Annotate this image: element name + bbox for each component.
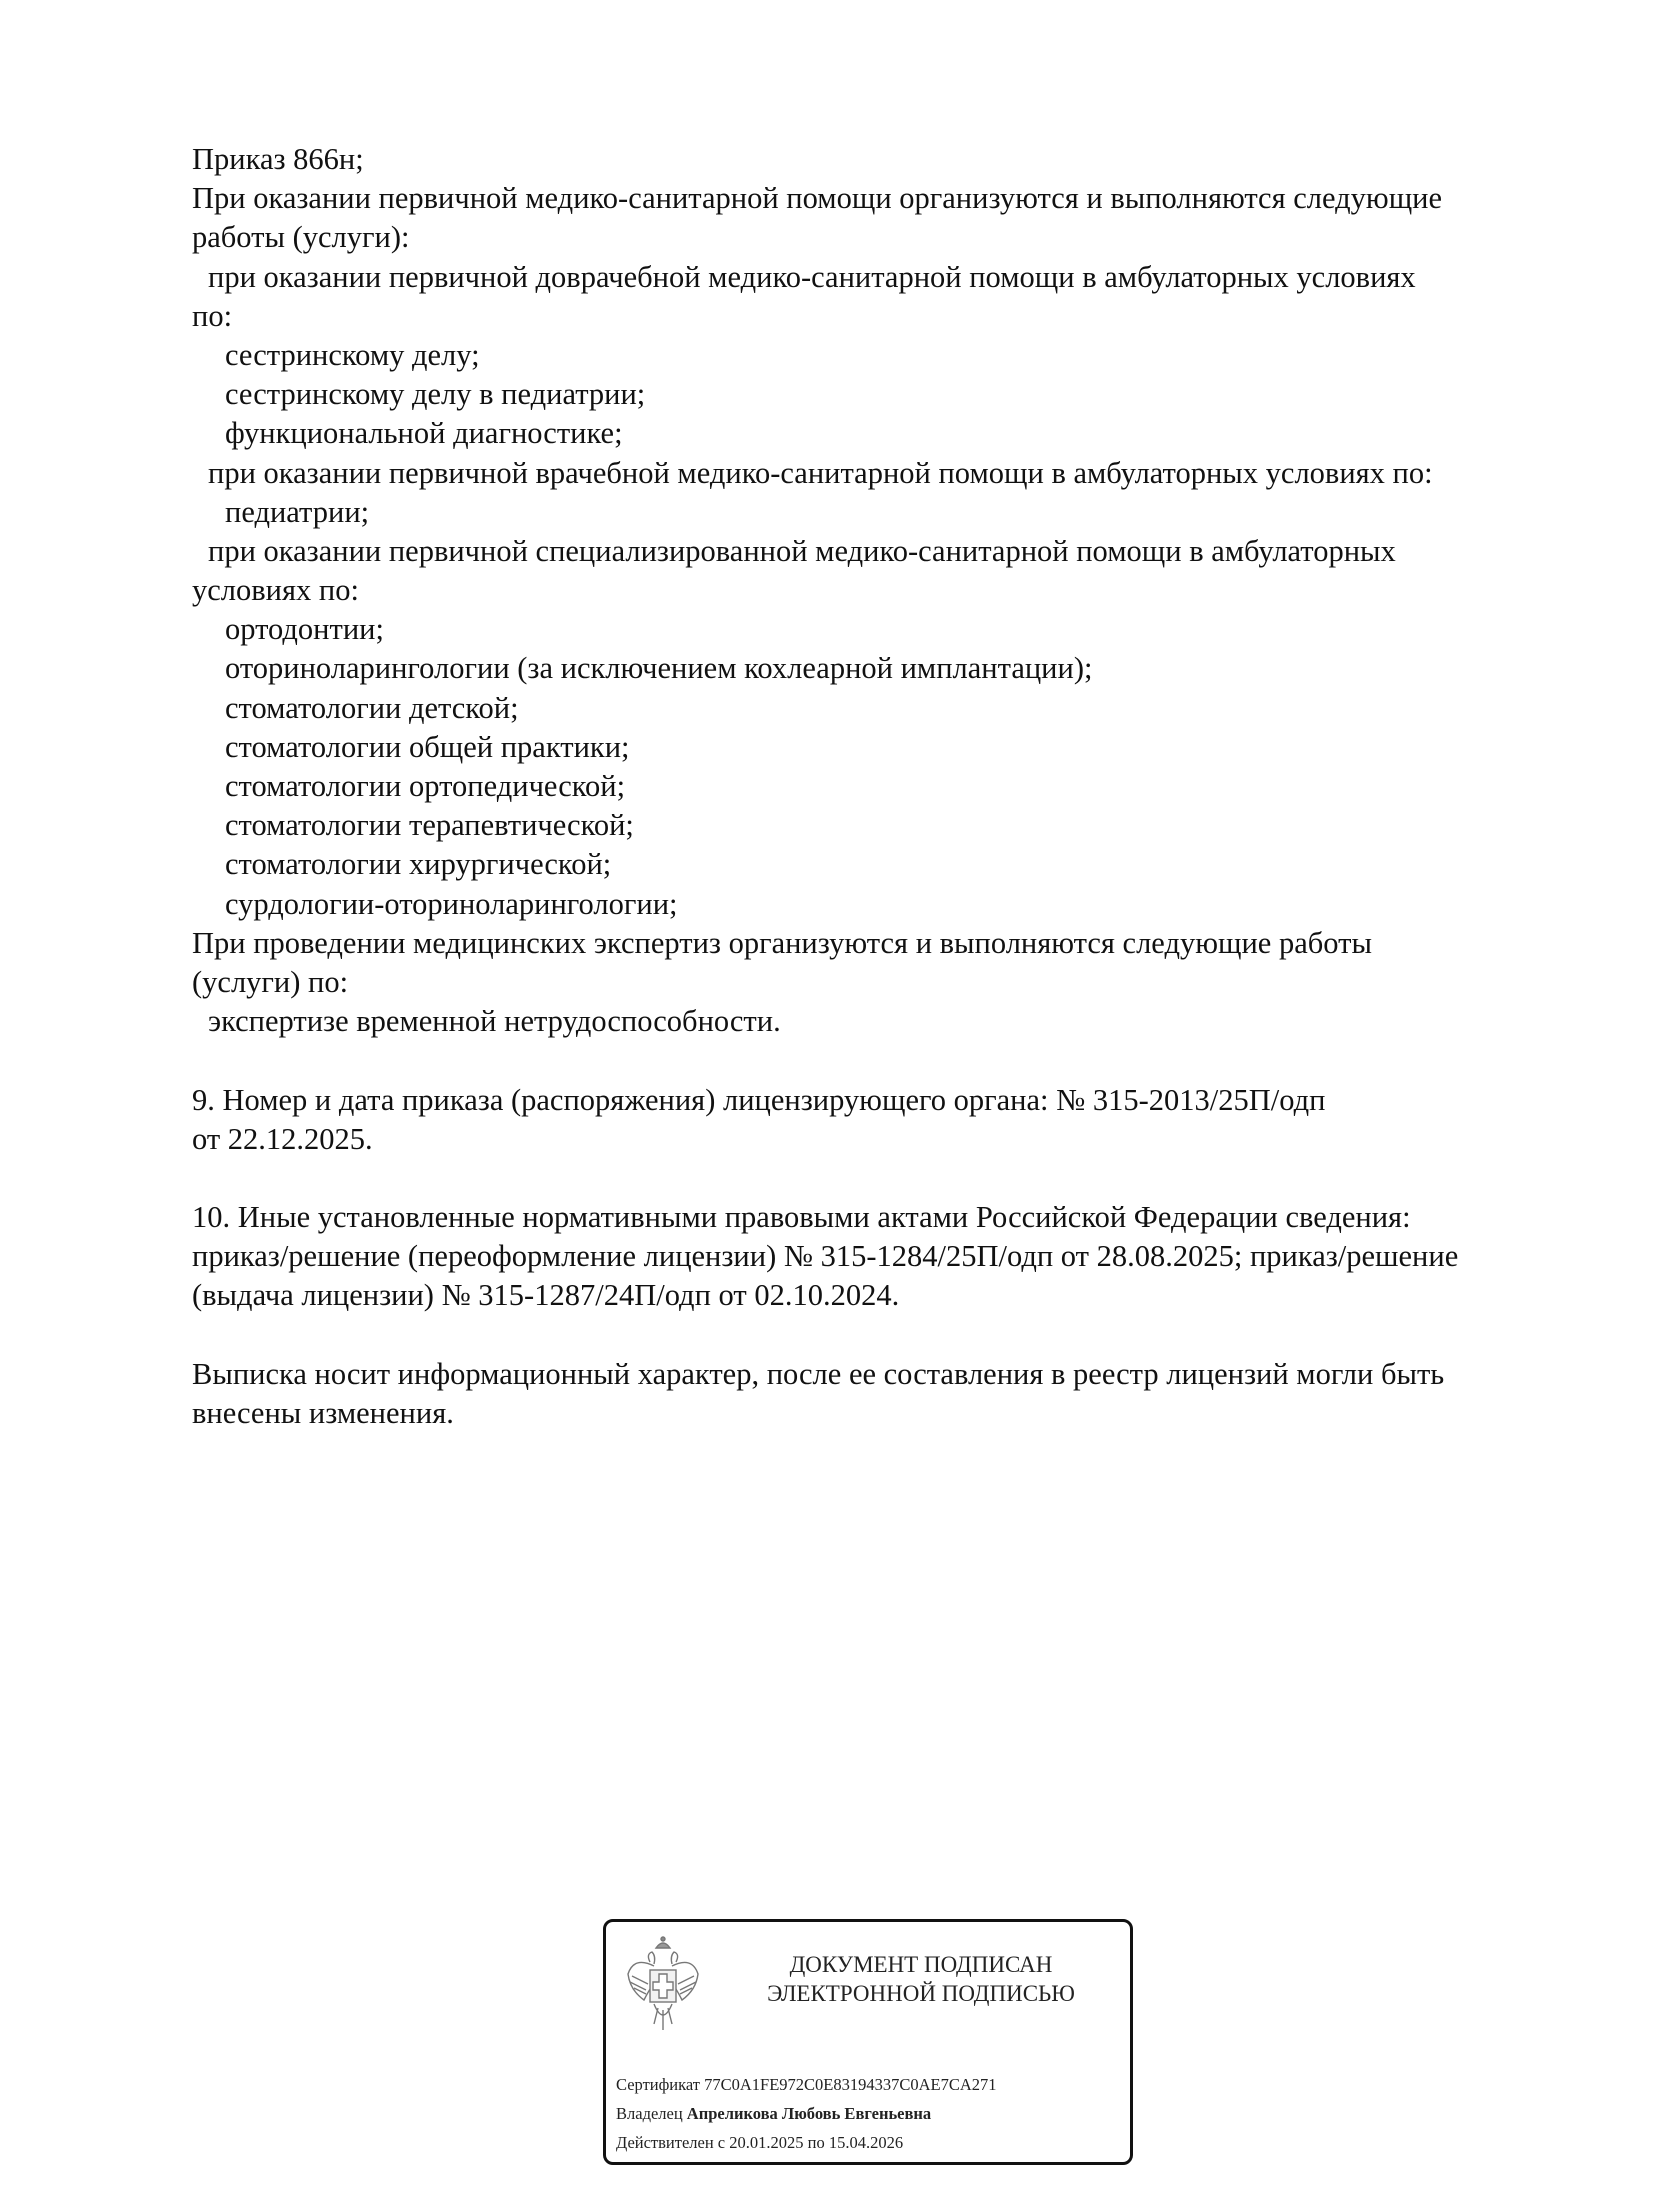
text-line: условиях по: — [192, 571, 1592, 610]
text-line: (выдача лицензии) № 315-1287/24П/одп от … — [192, 1276, 1592, 1315]
text-line: Выписка носит информационный характер, п… — [192, 1355, 1592, 1394]
owner-label: Владелец — [616, 2104, 683, 2123]
text-line: при оказании первичной специализированно… — [192, 532, 1592, 571]
blank-line — [192, 1041, 1592, 1080]
stamp-title: ДОКУМЕНТ ПОДПИСАН ЭЛЕКТРОННОЙ ПОДПИСЬЮ — [726, 1950, 1116, 2008]
electronic-signature-stamp: ДОКУМЕНТ ПОДПИСАН ЭЛЕКТРОННОЙ ПОДПИСЬЮ С… — [603, 1919, 1133, 2165]
stamp-info: Сертификат 77C0A1FE972C0E83194337C0AE7CA… — [616, 2070, 997, 2157]
stamp-title-line2: ЭЛЕКТРОННОЙ ПОДПИСЬЮ — [726, 1979, 1116, 2008]
blank-line — [192, 1159, 1592, 1198]
text-line: функциональной диагностике; — [192, 414, 1592, 453]
owner-row: Владелец Апреликова Любовь Евгеньевна — [616, 2099, 997, 2128]
text-line: При проведении медицинских экспертиз орг… — [192, 924, 1592, 963]
text-line: от 22.12.2025. — [192, 1120, 1592, 1159]
text-line: по: — [192, 297, 1592, 336]
text-line: при оказании первичной врачебной медико-… — [192, 454, 1592, 493]
text-line: сурдологии-оториноларингологии; — [192, 885, 1592, 924]
stamp-title-line1: ДОКУМЕНТ ПОДПИСАН — [726, 1950, 1116, 1979]
text-line: при оказании первичной доврачебной медик… — [192, 258, 1592, 297]
document-body: Приказ 866н;При оказании первичной медик… — [192, 140, 1592, 1433]
owner-value: Апреликова Любовь Евгеньевна — [687, 2104, 931, 2123]
text-line: стоматологии детской; — [192, 689, 1592, 728]
blank-line — [192, 1316, 1592, 1355]
text-line: При оказании первичной медико-санитарной… — [192, 179, 1592, 218]
text-line: оториноларингологии (за исключением кохл… — [192, 649, 1592, 688]
text-line: работы (услуги): — [192, 218, 1592, 257]
text-line: стоматологии ортопедической; — [192, 767, 1592, 806]
text-line: сестринскому делу; — [192, 336, 1592, 375]
text-line: 9. Номер и дата приказа (распоряжения) л… — [192, 1081, 1592, 1120]
text-line: ортодонтии; — [192, 610, 1592, 649]
russian-coat-of-arms-icon — [624, 1934, 702, 2034]
text-line: 10. Иные установленные нормативными прав… — [192, 1198, 1592, 1237]
text-line: сестринскому делу в педиатрии; — [192, 375, 1592, 414]
certificate-label: Сертификат — [616, 2075, 700, 2094]
certificate-value: 77C0A1FE972C0E83194337C0AE7CA271 — [704, 2075, 996, 2094]
validity-row: Действителен с 20.01.2025 по 15.04.2026 — [616, 2128, 997, 2157]
text-line: стоматологии хирургической; — [192, 845, 1592, 884]
text-line: педиатрии; — [192, 493, 1592, 532]
text-line: Приказ 866н; — [192, 140, 1592, 179]
text-line: экспертизе временной нетрудоспособности. — [192, 1002, 1592, 1041]
text-line: стоматологии общей практики; — [192, 728, 1592, 767]
text-line: внесены изменения. — [192, 1394, 1592, 1433]
text-line: (услуги) по: — [192, 963, 1592, 1002]
certificate-row: Сертификат 77C0A1FE972C0E83194337C0AE7CA… — [616, 2070, 997, 2099]
text-line: стоматологии терапевтической; — [192, 806, 1592, 845]
text-line: приказ/решение (переоформление лицензии)… — [192, 1237, 1592, 1276]
